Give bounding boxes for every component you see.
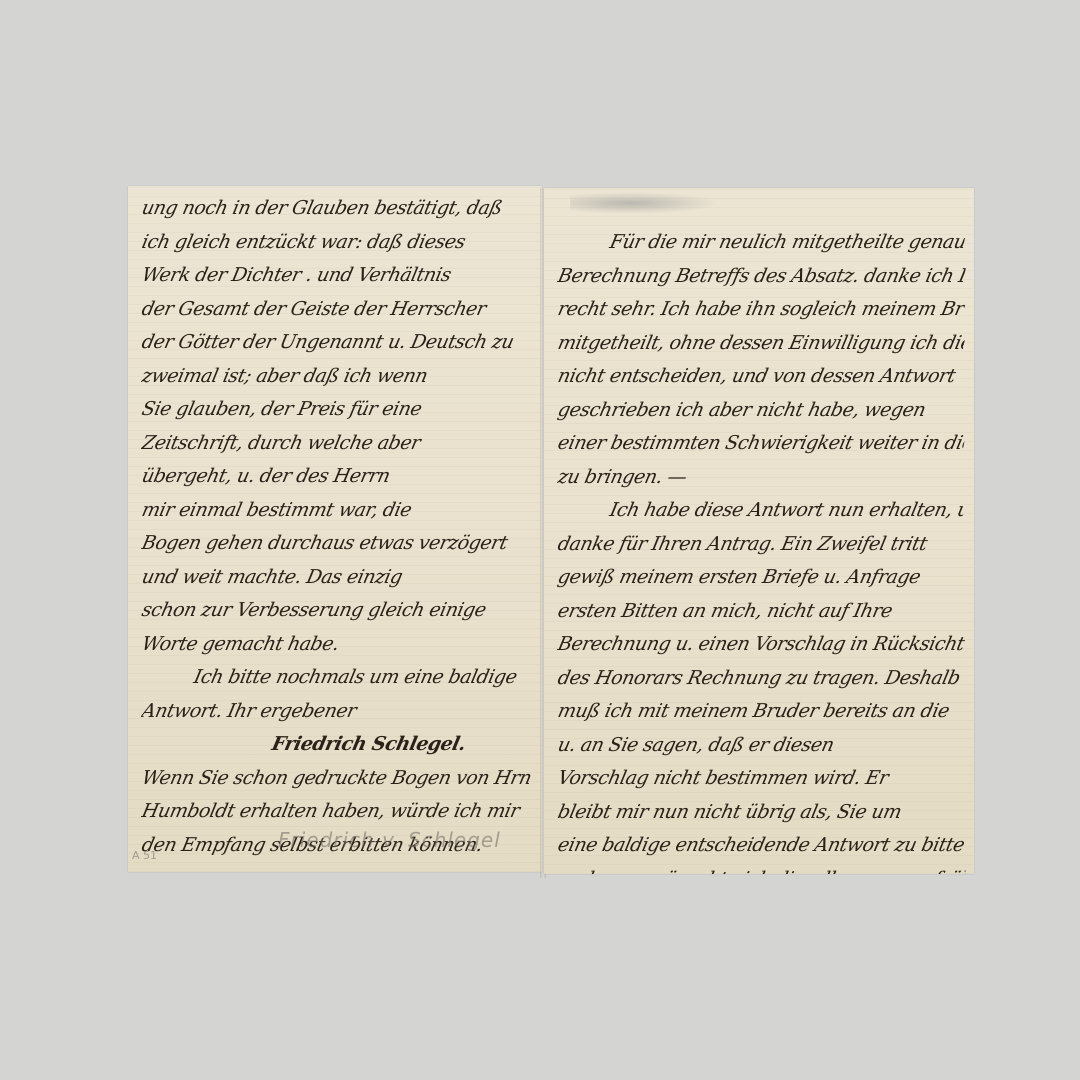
handwritten-line: Vorschlag nicht bestimmen wird. Er [554,762,967,796]
postscript-line: Wenn Sie schon gedruckte Bogen von Hrn. [138,762,535,796]
handwritten-line: der Gesamt der Geiste der Herrscher [138,293,535,327]
handwritten-line: und weit machte. Das einzig [138,561,535,595]
handwritten-line: ich gleich entzückt war: daß dieses [138,226,535,260]
handwritten-line: Berechnung Betreffs des Absatz. danke ic… [554,260,967,294]
signature: Friedrich Schlegel. [138,728,535,762]
ink-smudge [570,192,720,214]
handwritten-line: danke für Ihren Antrag. Ein Zweifel trit… [554,528,967,562]
right-page-text: Für die mir neulich mitgetheilte genaue … [558,226,964,874]
handwritten-line: ung noch in der Glauben bestätigt, daß [138,192,535,226]
handwritten-line: Für die mir neulich mitgetheilte genaue [554,226,967,260]
handwritten-line: mitgetheilt, ohne dessen Einwilligung ic… [554,327,967,361]
handwritten-line: Ich habe diese Antwort nun erhalten, und [554,494,967,528]
handwritten-line: ersten Bitten an mich, nicht auf Ihre [554,595,967,629]
left-page: ung noch in der Glauben bestätigt, daß i… [128,186,542,872]
handwritten-line: eine baldige entscheidende Antwort zu bi… [554,829,967,863]
handwritten-line: und zwar wünschte ich dieselbe morgen fr… [554,863,967,875]
handwritten-line: u. an Sie sagen, daß er diesen [554,729,967,763]
archive-mark: A 51 [132,849,157,862]
handwritten-line: der Götter der Ungenannt u. Deutsch zu [138,326,535,360]
handwritten-line: des Honorars Rechnung zu tragen. Deshalb [554,662,967,696]
handwritten-line: gewiß meinem ersten Briefe u. Anfrage [554,561,967,595]
handwritten-line: nicht entscheiden, und von dessen Antwor… [554,360,967,394]
handwritten-line: bleibt mir nun nicht übrig als, Sie um [554,796,967,830]
handwritten-line: Werk der Dichter . und Verhältnis [138,259,535,293]
handwritten-line: recht sehr. Ich habe ihn sogleich meinem… [554,293,967,327]
closing-line: Antwort. Ihr ergebener [138,695,535,729]
handwritten-line: Berechnung u. einen Vorschlag in Rücksic… [554,628,967,662]
right-page: Für die mir neulich mitgetheilte genaue … [544,188,974,874]
handwritten-line: Bogen gehen durchaus etwas verzögert [138,527,535,561]
handwritten-line: muß ich mit meinem Bruder bereits an die [554,695,967,729]
handwritten-line: Sie glauben, der Preis für eine [138,393,535,427]
handwritten-line: zu bringen. — [554,461,967,495]
handwritten-line: übergeht, u. der des Herrn [138,460,535,494]
handwritten-line: schon zur Verbesserung gleich einige [138,594,535,628]
handwritten-line: Worte gemacht habe. [138,628,535,662]
handwritten-line: Zeitschrift, durch welche aber [138,427,535,461]
handwritten-line: mir einmal bestimmt war, die [138,494,535,528]
left-page-text: ung noch in der Glauben bestätigt, daß i… [142,192,532,862]
closing-line: Ich bitte nochmals um eine baldige [138,661,535,695]
letter-sheet: ung noch in der Glauben bestätigt, daß i… [128,188,974,878]
handwritten-line: geschrieben ich aber nicht habe, wegen [554,394,967,428]
handwritten-line: einer bestimmten Schwierigkeit weiter in… [554,427,967,461]
pencil-attribution: Friedrich v. Schlegel [278,828,501,852]
handwritten-line: zweimal ist; aber daß ich wenn [138,360,535,394]
postscript-line: Humboldt erhalten haben, würde ich mir [138,795,535,829]
